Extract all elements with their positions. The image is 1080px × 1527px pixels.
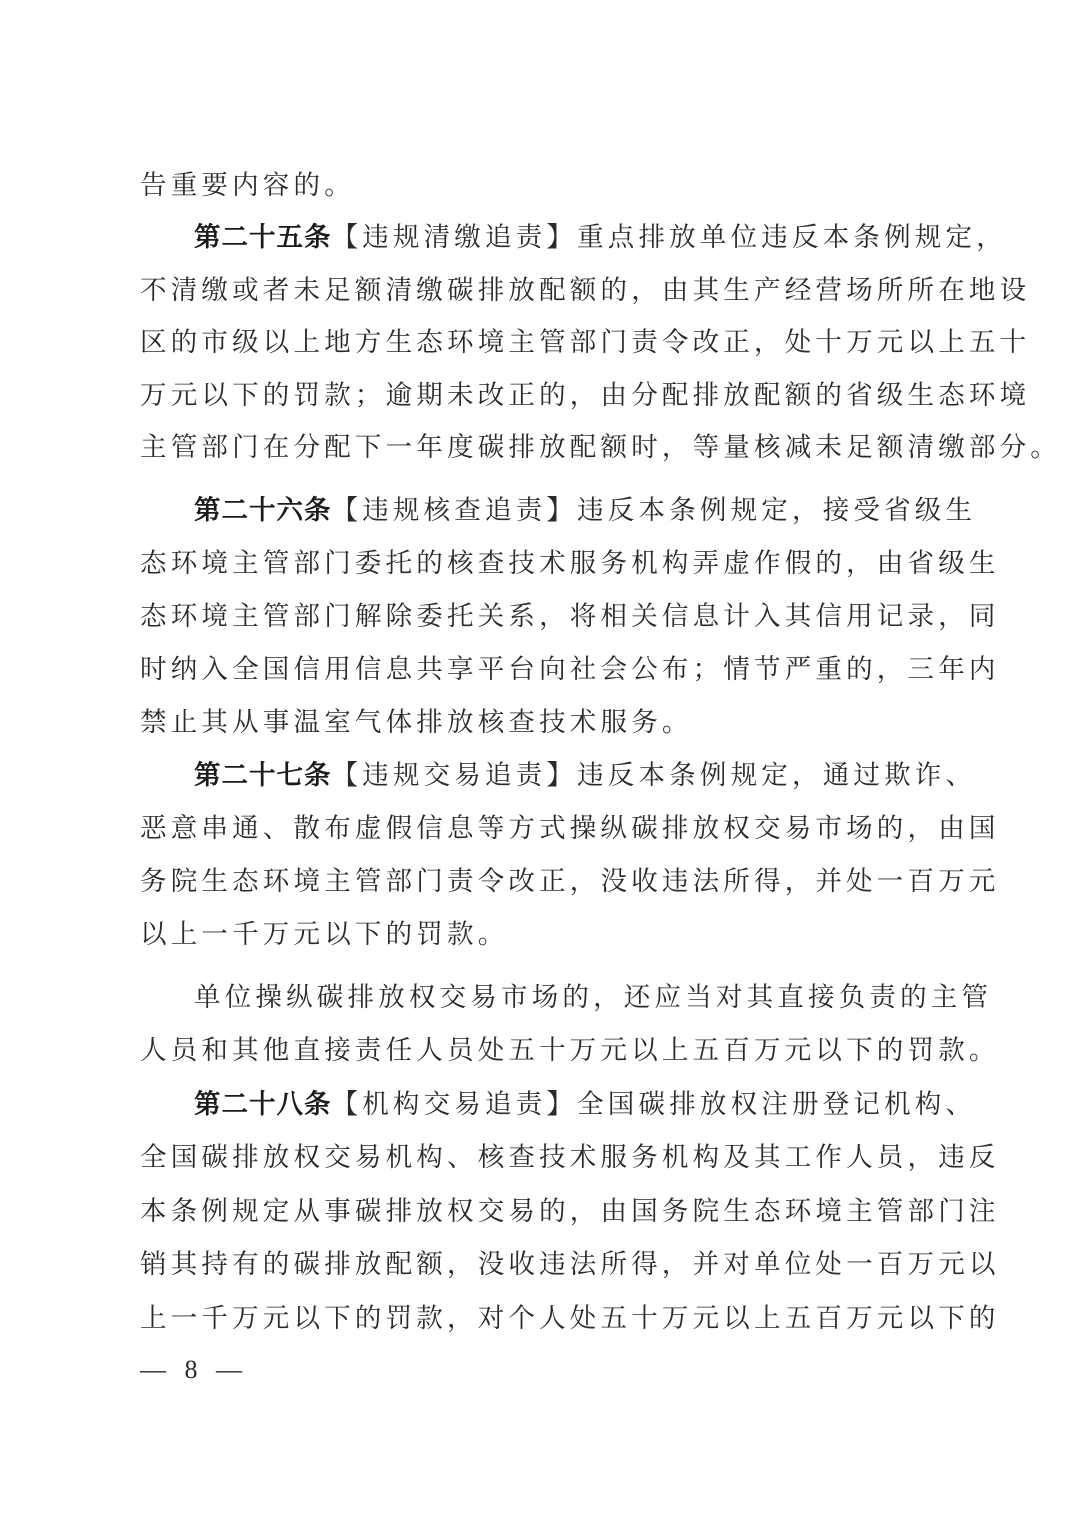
article-25-line: 万元以下的罚款；逾期未改正的，由分配排放配额的省级生态环境	[140, 376, 940, 416]
article-text: 重点排放单位违反本条例规定，	[577, 222, 1007, 253]
article-number: 第二十八条	[194, 1089, 332, 1120]
paragraph-continuation: 告重要内容的。	[140, 166, 940, 206]
article-27-para2-first-line: 单位操纵碳排放权交易市场的，还应当对其直接负责的主管	[194, 978, 940, 1018]
article-28-heading-line: 第二十八条【机构交易追责】全国碳排放权注册登记机构、	[194, 1085, 940, 1125]
article-28-line: 上一千万元以下的罚款，对个人处五十万元以上五百万元以下的	[140, 1299, 940, 1339]
article-number: 第二十五条	[194, 222, 332, 253]
article-28-line: 销其持有的碳排放配额，没收违法所得，并对单位处一百万元以	[140, 1245, 940, 1285]
article-text: 全国碳排放权注册登记机构、	[577, 1089, 976, 1120]
document-page: 告重要内容的。 第二十五条【违规清缴追责】重点排放单位违反本条例规定， 不清缴或…	[0, 0, 1080, 1527]
article-26-heading-line: 第二十六条【违规核查追责】违反本条例规定，接受省级生	[194, 491, 940, 531]
article-27-line: 务院生态环境主管部门责令改正，没收违法所得，并处一百万元	[140, 862, 940, 902]
article-26-line: 禁止其从事温室气体排放核查技术服务。	[140, 703, 940, 743]
article-28-line: 本条例规定从事碳排放权交易的，由国务院生态环境主管部门注	[140, 1192, 940, 1232]
article-26-line: 态环境主管部门委托的核查技术服务机构弄虚作假的，由省级生	[140, 544, 940, 584]
article-25-line: 主管部门在分配下一年度碳排放配额时，等量核减未足额清缴部分。	[140, 428, 940, 468]
article-title: 【违规核查追责】	[332, 495, 578, 526]
article-27-heading-line: 第二十七条【违规交易追责】违反本条例规定，通过欺诈、	[194, 756, 940, 796]
article-title: 【违规交易追责】	[332, 760, 578, 791]
page-number: — 8 —	[140, 1352, 248, 1388]
article-26-line: 时纳入全国信用信息共享平台向社会公布；情节严重的，三年内	[140, 650, 940, 690]
article-26-line: 态环境主管部门解除委托关系，将相关信息计入其信用记录，同	[140, 597, 940, 637]
article-25-line: 不清缴或者未足额清缴碳排放配额的，由其生产经营场所所在地设	[140, 271, 940, 311]
article-number: 第二十七条	[194, 760, 332, 791]
article-27-line: 恶意串通、散布虚假信息等方式操纵碳排放权交易市场的，由国	[140, 809, 940, 849]
article-27-line: 以上一千万元以下的罚款。	[140, 915, 940, 955]
article-25-heading-line: 第二十五条【违规清缴追责】重点排放单位违反本条例规定，	[194, 218, 940, 258]
article-text: 违反本条例规定，接受省级生	[577, 495, 976, 526]
article-title: 【机构交易追责】	[332, 1089, 578, 1120]
article-27-para2-line: 人员和其他直接责任人员处五十万元以上五百万元以下的罚款。	[140, 1031, 940, 1071]
article-25-line: 区的市级以上地方生态环境主管部门责令改正，处十万元以上五十	[140, 323, 940, 363]
article-28-line: 全国碳排放权交易机构、核查技术服务机构及其工作人员，违反	[140, 1138, 940, 1178]
article-title: 【违规清缴追责】	[332, 222, 578, 253]
article-number: 第二十六条	[194, 495, 332, 526]
article-text: 违反本条例规定，通过欺诈、	[577, 760, 976, 791]
